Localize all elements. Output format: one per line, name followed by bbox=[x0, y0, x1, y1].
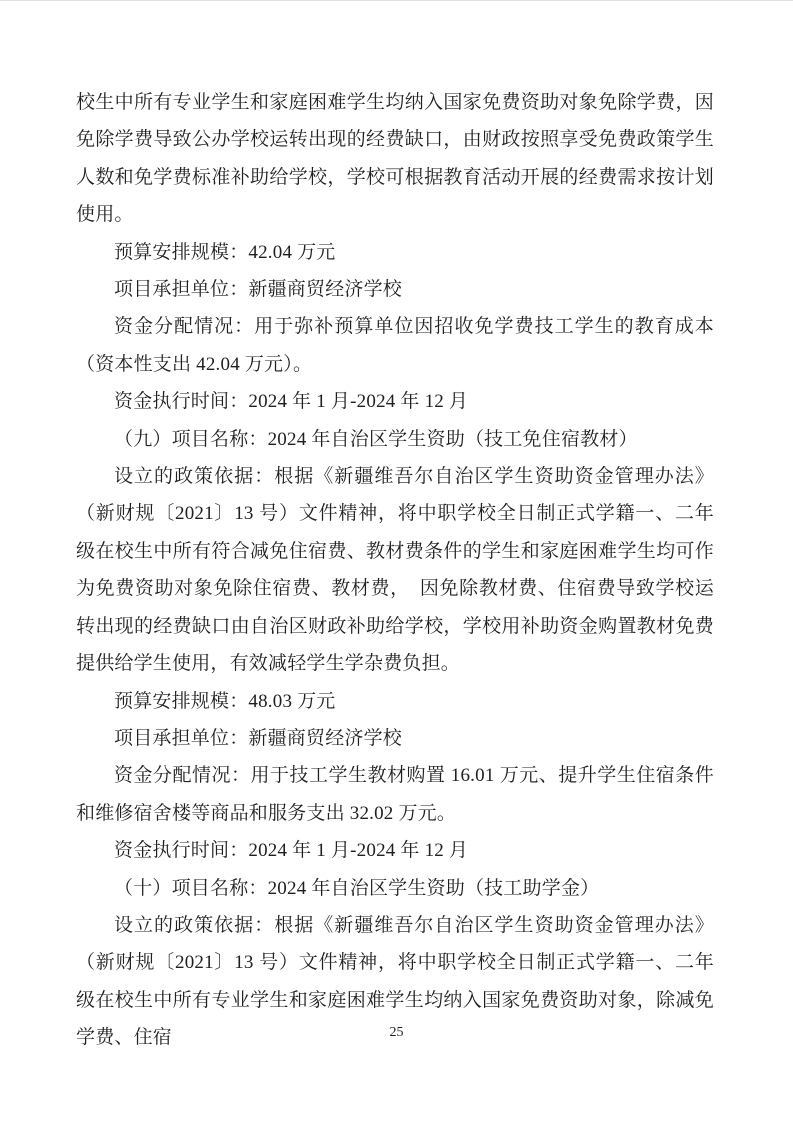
paragraph: （九）项目名称：2024 年自治区学生资助（技工免住宿教材） bbox=[76, 421, 714, 458]
page-number: 25 bbox=[390, 1025, 404, 1040]
paragraph: 设立的政策依据：根据《新疆维吾尔自治区学生资助资金管理办法》（新财规〔2021〕… bbox=[76, 458, 714, 682]
document-page: { "page": { "number": "25" }, "colors": … bbox=[0, 0, 793, 1123]
page-footer: 25 bbox=[0, 1023, 793, 1041]
paragraph: 项目承担单位：新疆商贸经济学校 bbox=[76, 720, 714, 757]
paragraph: 预算安排规模：48.03 万元 bbox=[76, 683, 714, 720]
paragraph: 项目承担单位：新疆商贸经济学校 bbox=[76, 271, 714, 308]
paragraph: 资金分配情况：用于技工学生教材购置 16.01 万元、提升学生住宿条件和维修宿舍… bbox=[76, 757, 714, 832]
paragraph: 资金分配情况：用于弥补预算单位因招收免学费技工学生的教育成本（资本性支出 42.… bbox=[76, 308, 714, 383]
paragraph: 资金执行时间：2024 年 1 月-2024 年 12 月 bbox=[76, 832, 714, 869]
paragraph: （十）项目名称：2024 年自治区学生资助（技工助学金） bbox=[76, 870, 714, 907]
paragraph: 预算安排规模：42.04 万元 bbox=[76, 234, 714, 271]
document-body: 校生中所有专业学生和家庭困难学生均纳入国家免费资助对象免除学费，因免除学费导致公… bbox=[76, 84, 714, 1057]
paragraph: 资金执行时间：2024 年 1 月-2024 年 12 月 bbox=[76, 383, 714, 420]
paragraph: 校生中所有专业学生和家庭困难学生均纳入国家免费资助对象免除学费，因免除学费导致公… bbox=[76, 84, 714, 234]
